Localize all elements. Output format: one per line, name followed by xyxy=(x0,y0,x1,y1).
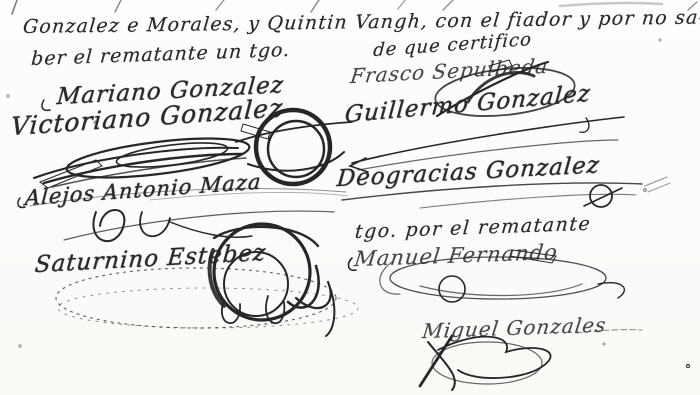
signature-guillermo: Guillermo Gonzalez xyxy=(344,80,592,128)
signature-miguel: Miguel Gonzales xyxy=(421,313,608,344)
witness-note: tgo. por el rematante xyxy=(354,213,592,243)
signature-alejos: Alejos Antonio Maza xyxy=(24,169,262,210)
body-line-1: Gonzalez e Morales, y Quintin Vangh, con… xyxy=(22,6,700,38)
signature-manuel: Manuel Fernando xyxy=(353,240,559,271)
signature-deogracias: Deogracias Gonzalez xyxy=(336,152,601,192)
document-scan: Gonzalez e Morales, y Quintin Vangh, con… xyxy=(0,0,700,395)
body-line-2: ber el rematante un tgo. xyxy=(30,39,291,70)
signature-saturnino: Saturnino Estebez xyxy=(34,240,268,278)
